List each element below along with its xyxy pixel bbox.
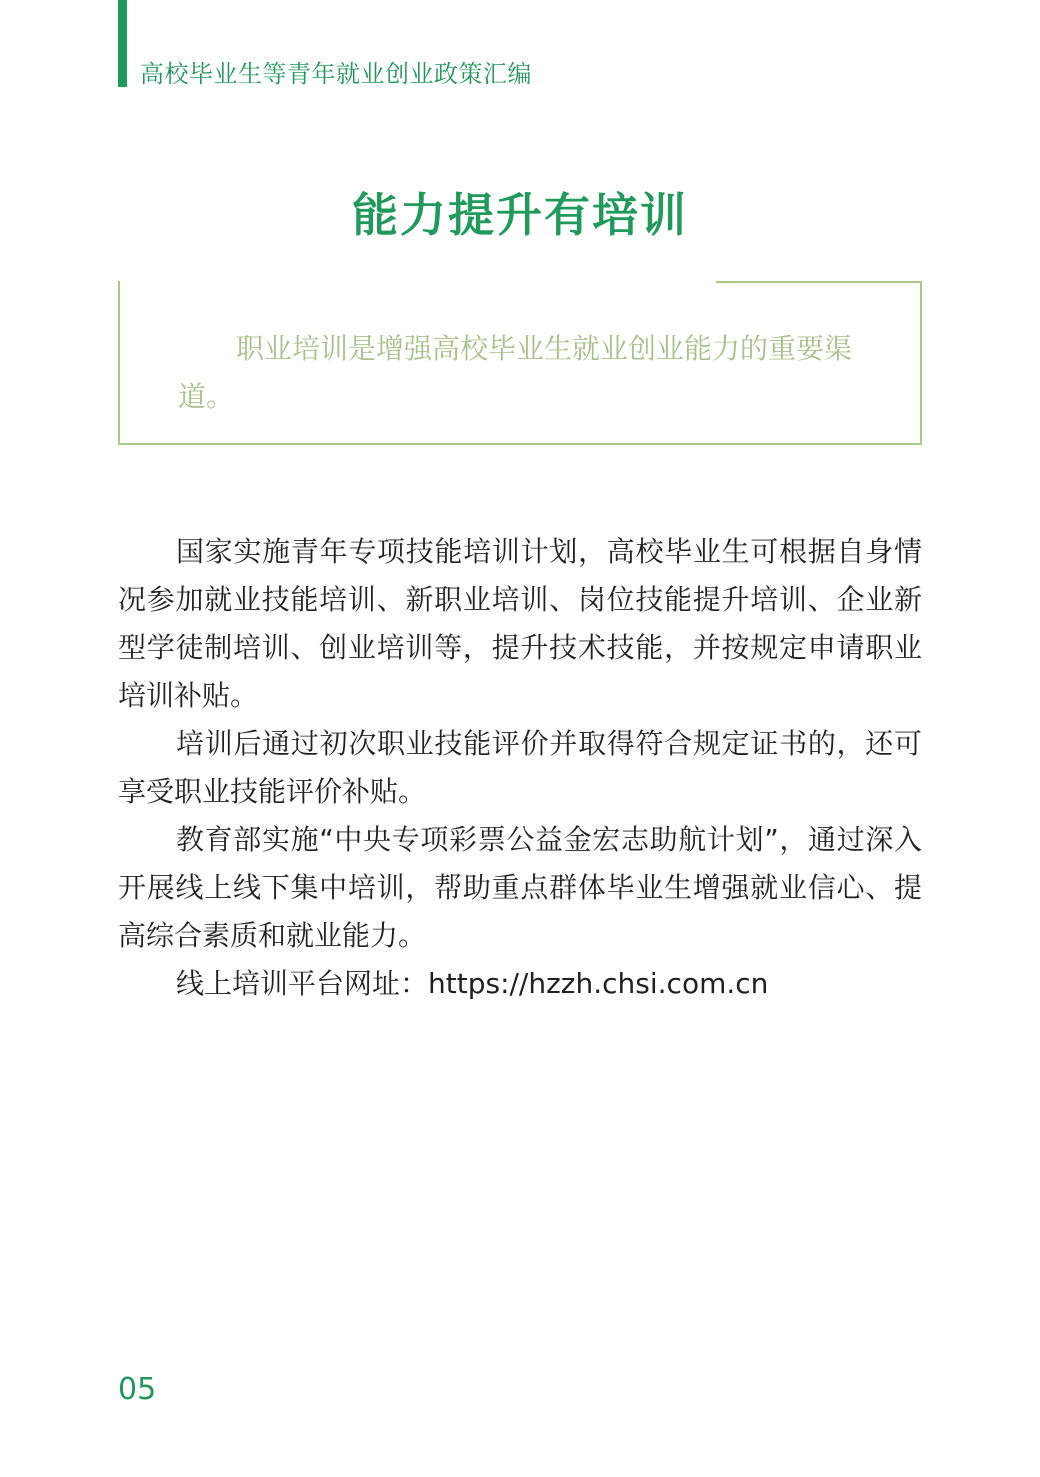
callout-box: 职业培训是增强高校毕业生就业创业能力的重要渠道。 — [118, 281, 920, 445]
header-accent-bar — [118, 0, 127, 87]
page-number: 05 — [118, 1372, 156, 1408]
callout-border-left — [118, 281, 120, 445]
callout-border-right — [920, 281, 922, 445]
body-content: 国家实施青年专项技能培训计划，高校毕业生可根据自身情况参加就业技能培训、新职业培… — [118, 528, 922, 1008]
section-title: 能力提升有培训 — [0, 185, 1040, 245]
paragraph-training-plan: 国家实施青年专项技能培训计划，高校毕业生可根据自身情况参加就业技能培训、新职业培… — [118, 528, 922, 720]
document-header-title: 高校毕业生等青年就业创业政策汇编 — [140, 58, 532, 90]
paragraph-evaluation-subsidy: 培训后通过初次职业技能评价并取得符合规定证书的，还可享受职业技能评价补贴。 — [118, 720, 922, 816]
paragraph-platform-url: 线上培训平台网址：https://hzzh.chsi.com.cn — [118, 960, 922, 1008]
paragraph-hongzhi-plan: 教育部实施“中央专项彩票公益金宏志助航计划”，通过深入开展线上线下集中培训，帮助… — [118, 816, 922, 960]
callout-border-top — [716, 281, 922, 283]
callout-text: 职业培训是增强高校毕业生就业创业能力的重要渠道。 — [178, 325, 868, 421]
callout-border-bottom — [118, 443, 922, 445]
